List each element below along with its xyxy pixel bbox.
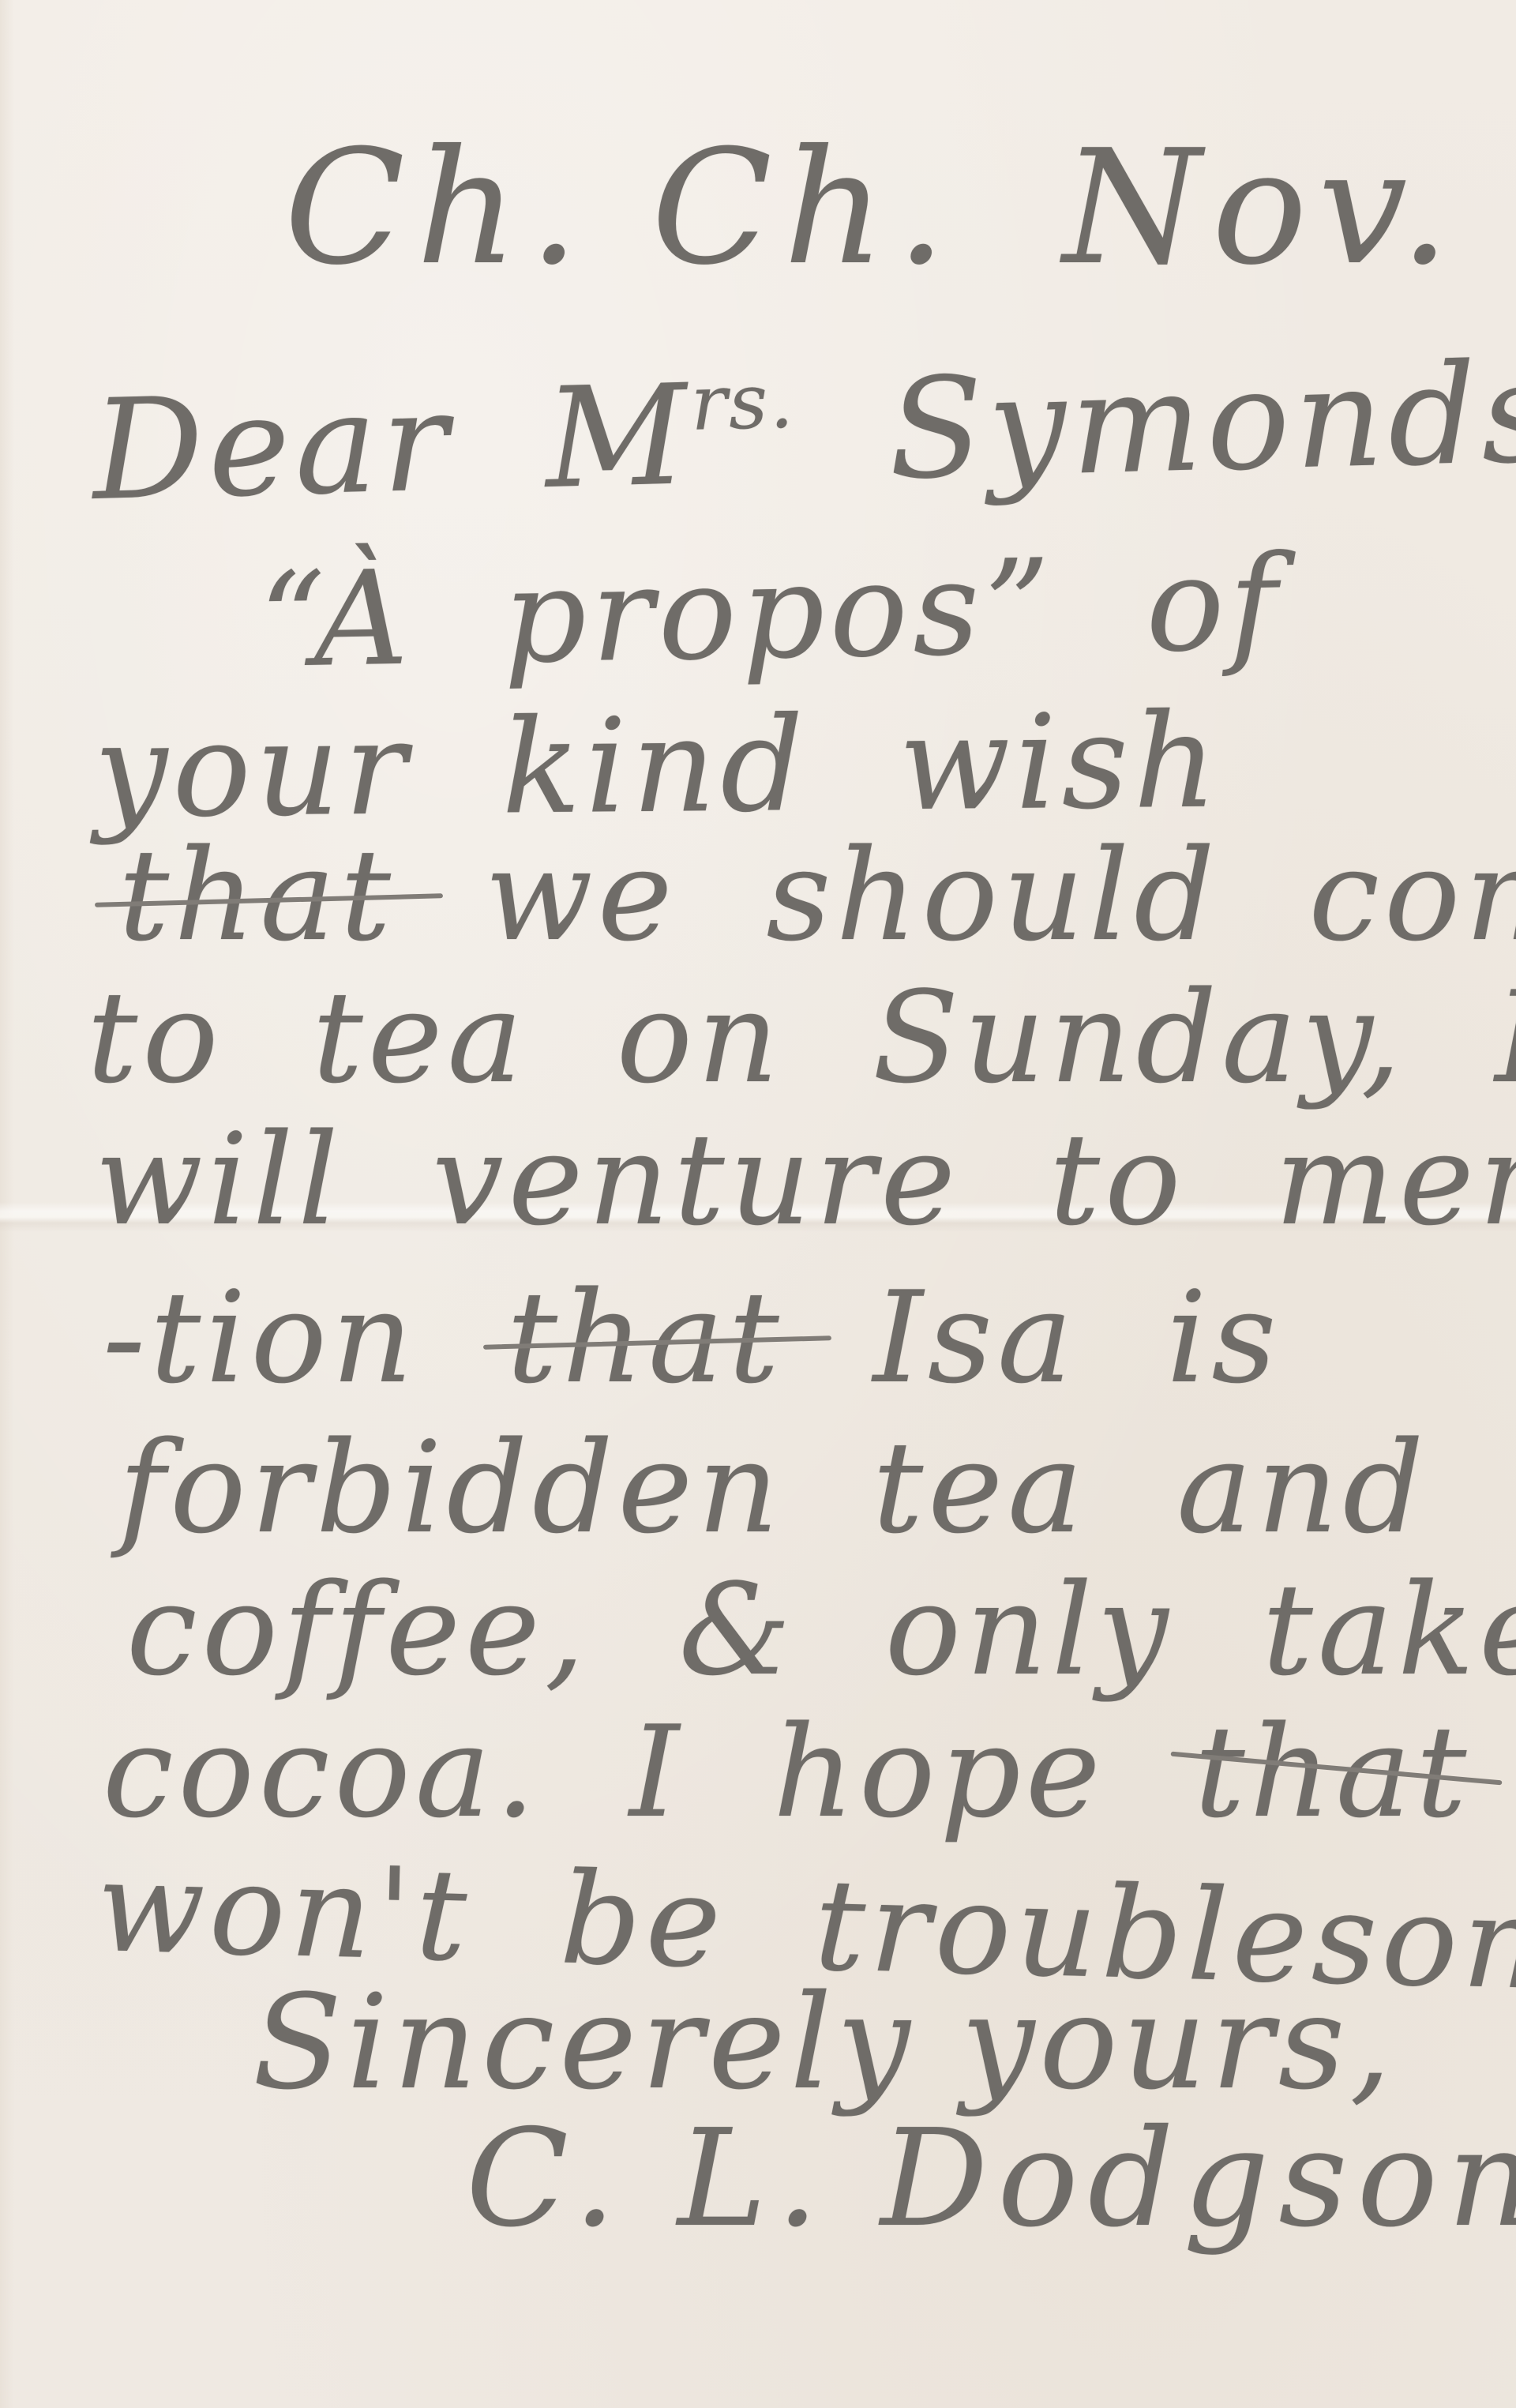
body-line: that we should come bbox=[118, 821, 1516, 969]
word: I bbox=[629, 1698, 684, 1846]
word: hope bbox=[773, 1698, 1105, 1846]
word: men- bbox=[1274, 1106, 1516, 1253]
word: on bbox=[617, 964, 783, 1111]
closing: Sincerely yours, bbox=[253, 1967, 1396, 2118]
word: & bbox=[678, 1556, 795, 1704]
word: tea bbox=[312, 964, 527, 1111]
word: propos” bbox=[501, 531, 1056, 692]
body-line: to tea on Sunday, I bbox=[87, 964, 1516, 1111]
body-line: cocoa. I hope that bbox=[103, 1698, 1515, 1846]
word: is bbox=[1166, 1264, 1281, 1411]
salutation-title: Mrs. bbox=[543, 353, 797, 520]
letter-page: Ch. Ch. Nov. 6/91 Dear Mrs. Symonds, “À… bbox=[0, 0, 1516, 2408]
word: takes bbox=[1263, 1556, 1516, 1704]
body-line: will venture to men- bbox=[95, 1106, 1516, 1253]
struck-word: that bbox=[118, 821, 396, 969]
salutation-dear: Dear bbox=[91, 362, 455, 532]
word: of bbox=[1144, 527, 1283, 681]
signature: C. L. Dodgson. bbox=[466, 2101, 1516, 2257]
word: Isa bbox=[873, 1264, 1078, 1411]
word: “À bbox=[258, 543, 415, 697]
struck-word: that bbox=[1194, 1698, 1471, 1846]
word: cocoa. bbox=[103, 1698, 540, 1846]
word: kind bbox=[501, 689, 809, 843]
word: Sunday, bbox=[872, 964, 1406, 1111]
word: we bbox=[485, 821, 677, 969]
word: venture bbox=[432, 1106, 960, 1253]
word: should bbox=[766, 821, 1219, 969]
word: -tion bbox=[103, 1264, 418, 1411]
word: I bbox=[1495, 964, 1516, 1111]
word: and bbox=[1176, 1414, 1428, 1561]
struck-word: that bbox=[507, 1264, 784, 1411]
body-line: coffee, & only takes bbox=[126, 1556, 1516, 1704]
letter-month: Nov. bbox=[1063, 116, 1461, 300]
word: wish bbox=[899, 686, 1223, 840]
word: will bbox=[95, 1106, 343, 1253]
body-line: -tion that Isa is bbox=[103, 1264, 1326, 1411]
letter-place: Ch. Ch. bbox=[284, 116, 957, 300]
word: tea bbox=[872, 1414, 1087, 1561]
word: to bbox=[87, 964, 223, 1111]
salutation-name: Symonds, bbox=[887, 332, 1516, 511]
salutation: Dear Mrs. Symonds, bbox=[91, 330, 1516, 532]
word: coffee, bbox=[126, 1556, 590, 1704]
date-line: Ch. Ch. Nov. 6/91 bbox=[284, 95, 1516, 306]
word: to bbox=[1049, 1106, 1186, 1253]
body-line: forbidden tea and bbox=[118, 1414, 1473, 1561]
word: forbidden bbox=[118, 1414, 783, 1561]
body-line: “À propos” of bbox=[258, 526, 1328, 697]
word: come bbox=[1308, 821, 1516, 969]
word: only bbox=[885, 1556, 1173, 1704]
